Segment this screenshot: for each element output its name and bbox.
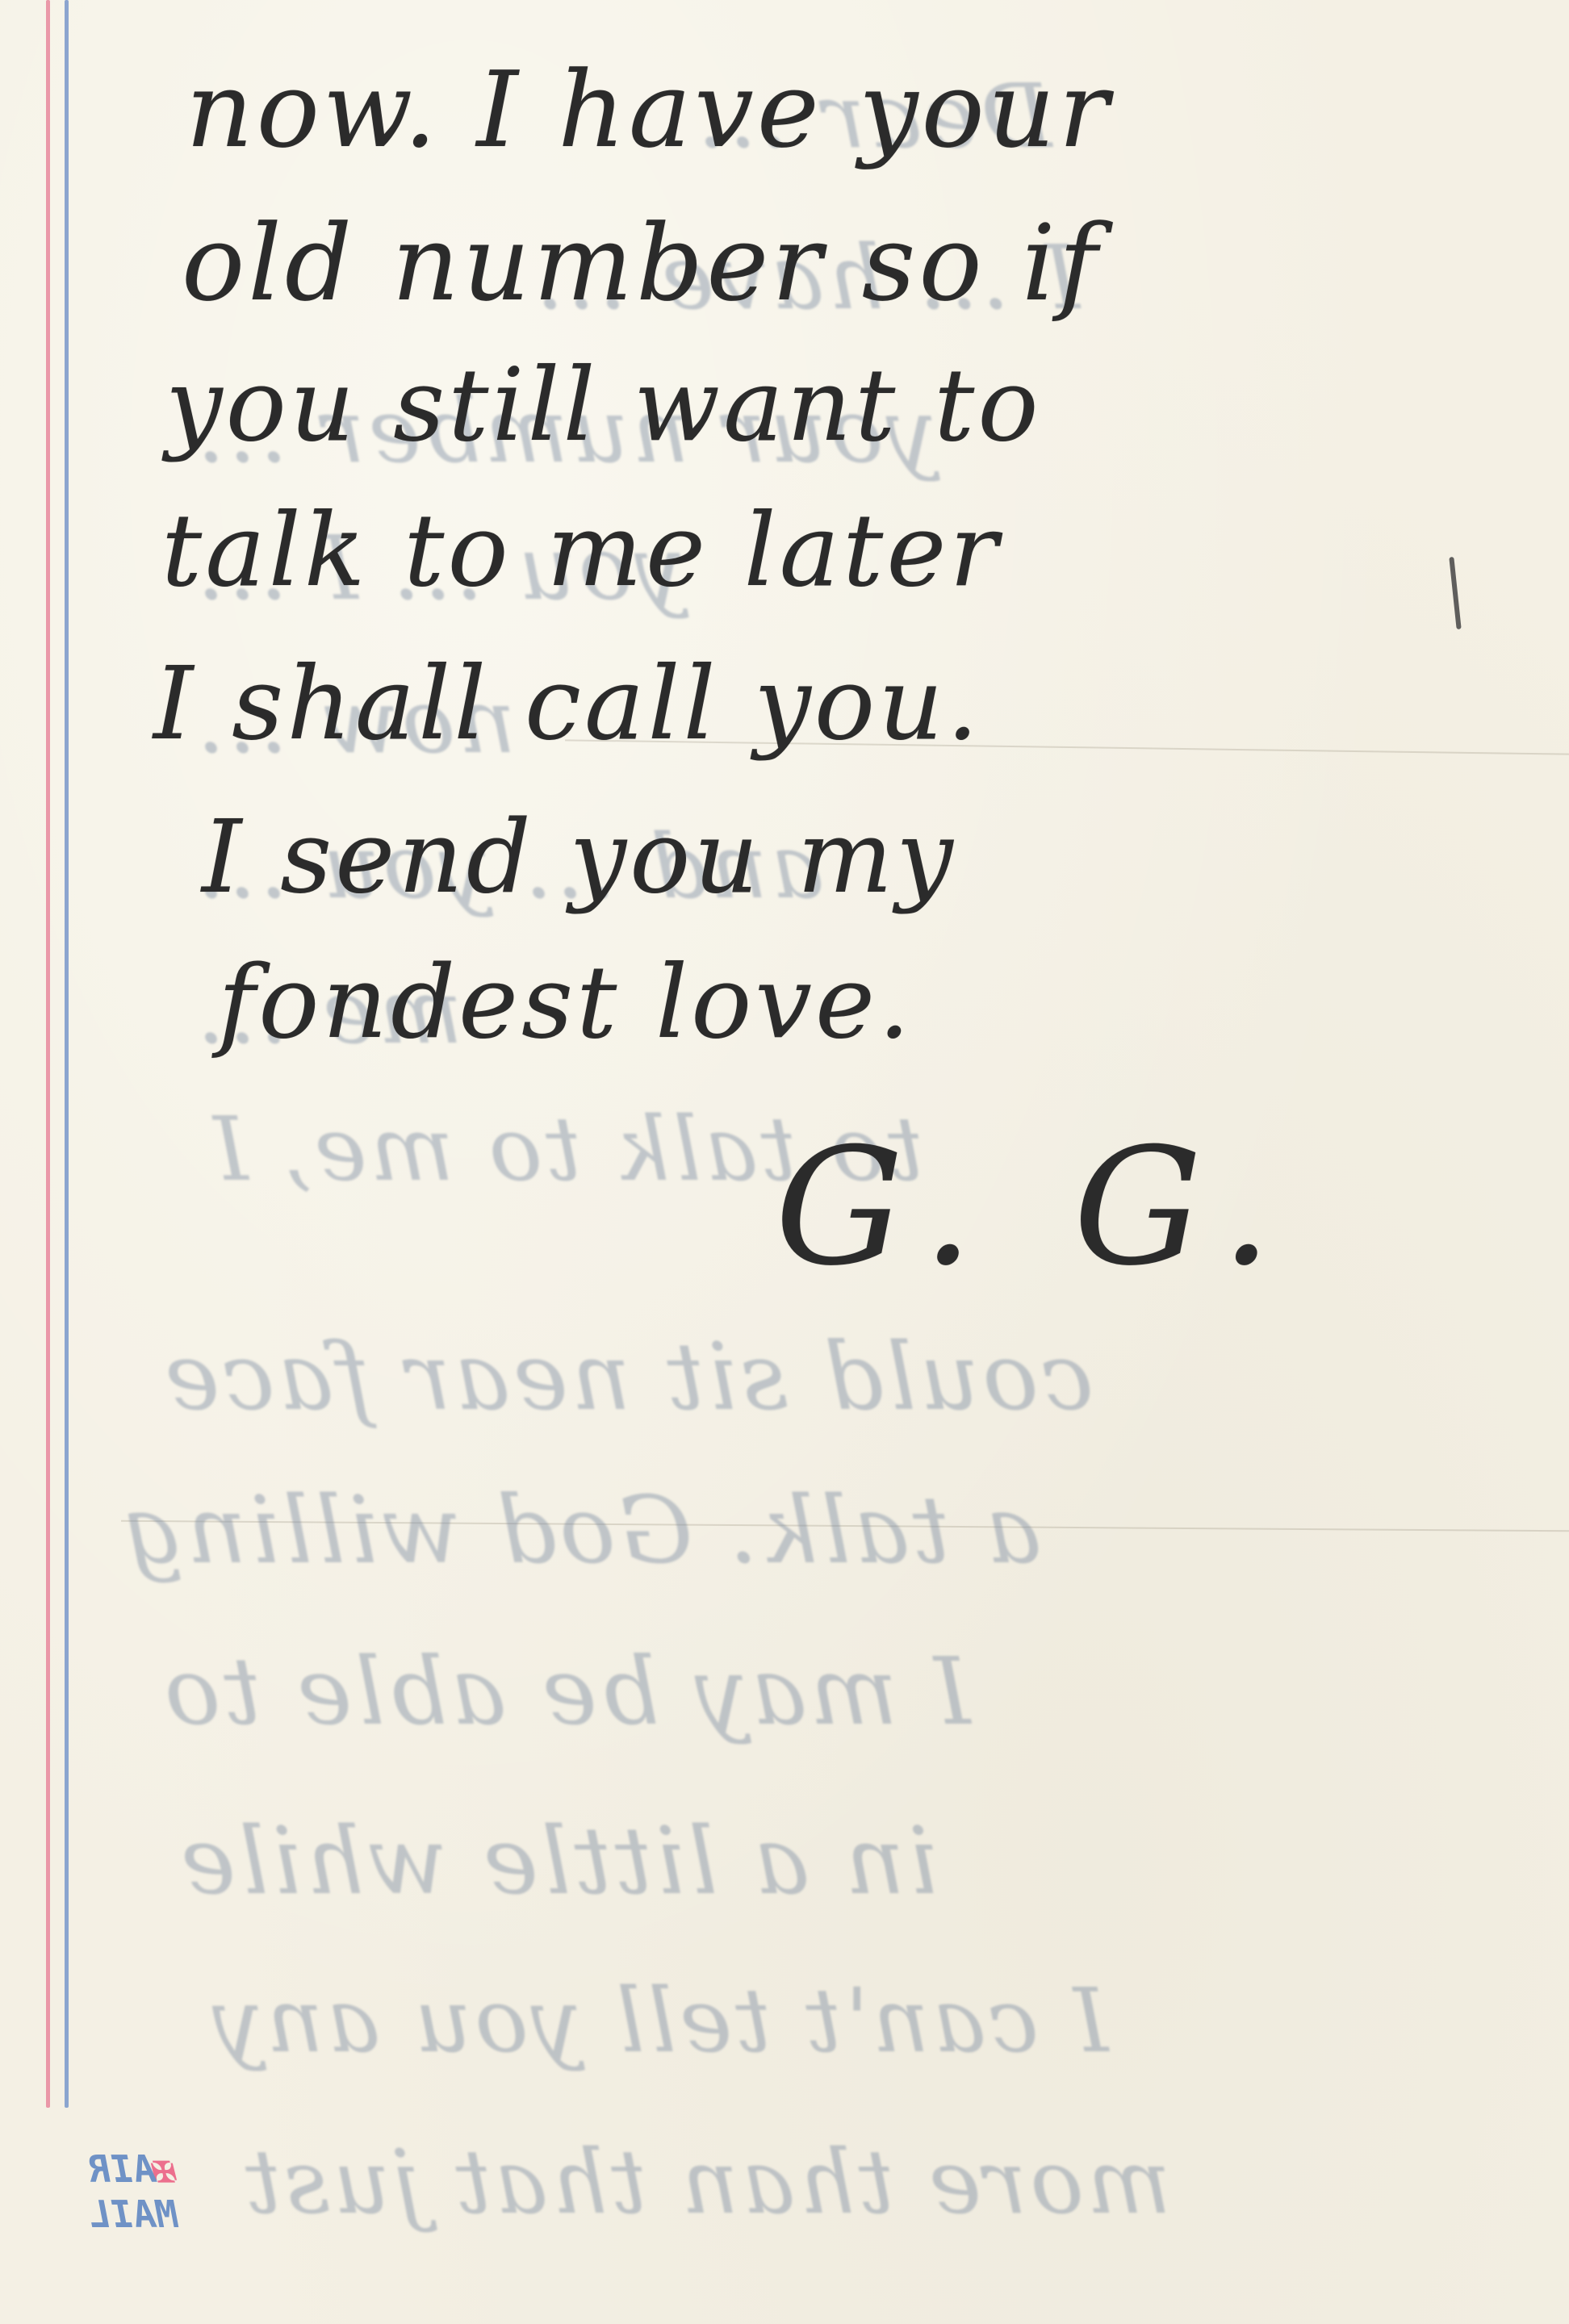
stamp-air-label: AIR bbox=[88, 2147, 155, 2191]
red-margin-line bbox=[46, 0, 50, 2108]
letter-line: now. I have your bbox=[186, 48, 1112, 171]
letter-line: talk to me later bbox=[161, 492, 1001, 609]
bleed-line: I can't tell you any bbox=[210, 1969, 1108, 2072]
bleed-line: more than that just bbox=[242, 2130, 1171, 2234]
blue-margin-line bbox=[65, 0, 69, 2108]
letter-line: you still want to bbox=[165, 347, 1042, 464]
letter-line: old number so if bbox=[182, 202, 1101, 324]
bleed-line: a talk. God willing bbox=[121, 1477, 1041, 1585]
letter-line: fondest love. bbox=[218, 944, 914, 1061]
letter-line: I shall call you. bbox=[153, 646, 981, 763]
bleed-line: in a little while bbox=[178, 1808, 938, 1916]
bleed-line: I may be able to bbox=[161, 1638, 970, 1746]
bleed-line: could sit near face bbox=[161, 1323, 1094, 1432]
letter-line: I send you my bbox=[202, 799, 956, 916]
air-mail-stamp: ✠AIR MAIL bbox=[32, 2146, 178, 2237]
signature: G. G. bbox=[775, 1114, 1296, 1302]
star-icon: ✠ bbox=[155, 2147, 178, 2191]
stamp-mail-label: MAIL bbox=[32, 2192, 178, 2237]
